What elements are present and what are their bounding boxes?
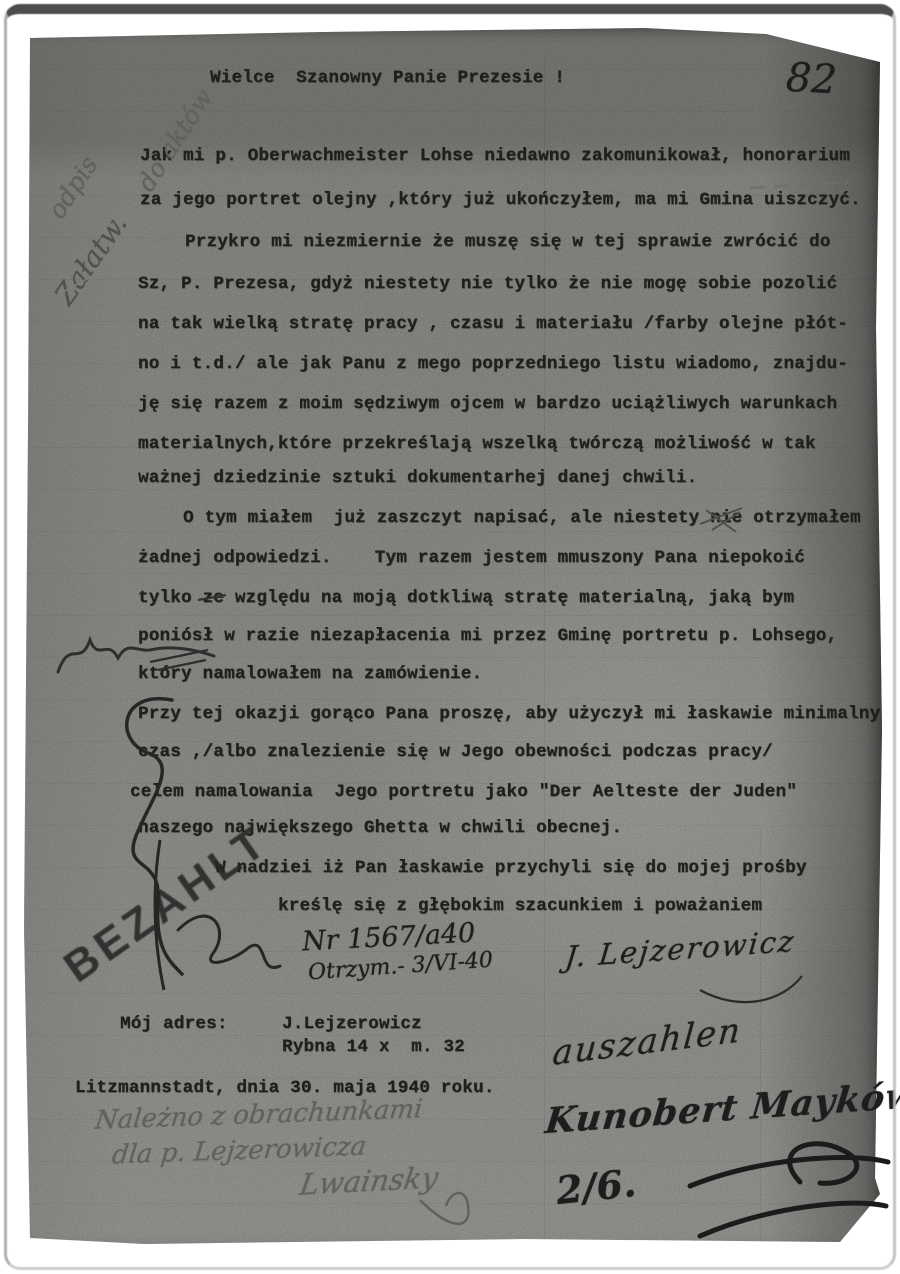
scanned-letter-document: Wielce Szanowny Panie Prezesie ! Jak mi …	[0, 0, 900, 1274]
handwritten-layer: 82 odpis do aktów Załatw. Nr 1567/a40 Ot…	[0, 0, 900, 1274]
approval-date-note: 2/6.	[554, 1160, 638, 1213]
pencil-clerk-signature: Lwainsky	[297, 1160, 440, 1202]
pencil-corner-note-line2: do aktów	[131, 84, 218, 197]
pencil-account-note-line2: dla p. Lejzerowicza	[110, 1132, 367, 1171]
auszahlen-note: auszahlen	[551, 1010, 744, 1074]
pencil-account-note-line1: Należno z obrachunkami	[94, 1094, 424, 1136]
author-signature: J. Lejzerowicz	[563, 924, 797, 974]
handwritten-page-number: 82	[785, 55, 838, 104]
approver-signature: Kunobert Mayków	[543, 1075, 900, 1142]
pencil-corner-note-line1: odpis	[42, 151, 103, 224]
